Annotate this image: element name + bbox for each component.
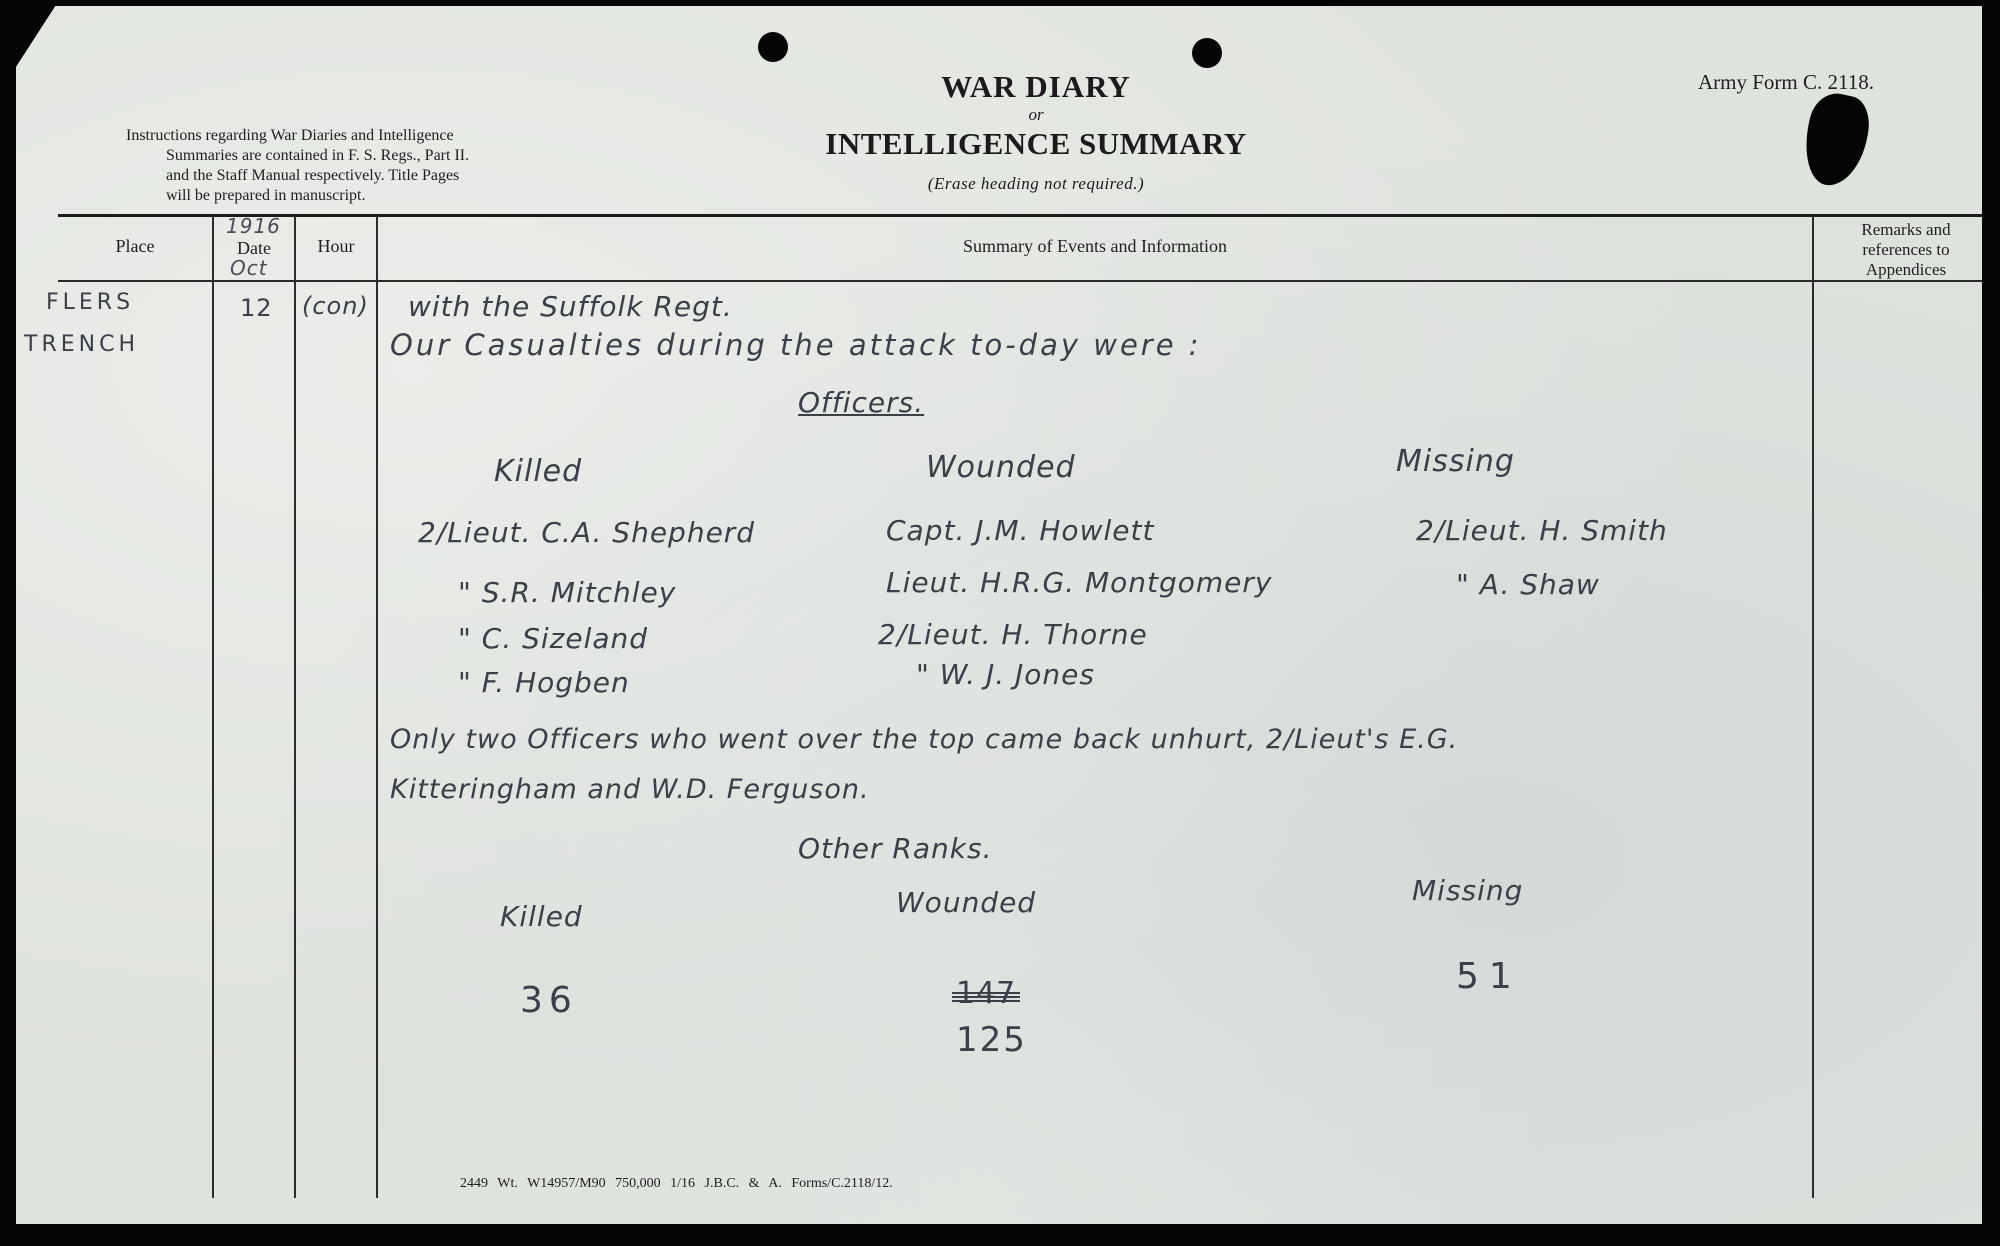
header-hour: Hour [296, 236, 376, 257]
officers-wounded-label: Wounded [926, 450, 1076, 485]
war-diary-sheet: Instructions regarding War Diaries and I… [16, 6, 1982, 1224]
struck-out-value: 147 [956, 976, 1016, 1011]
form-number: Army Form C. 2118. [1698, 70, 1874, 95]
officer-missing: " A. Shaw [1456, 568, 1600, 601]
column-divider-hour [376, 216, 378, 1198]
officers-missing-label: Missing [1396, 444, 1515, 479]
officer-missing: 2/Lieut. H. Smith [1416, 514, 1668, 547]
other-ranks-killed-label: Killed [500, 900, 583, 933]
punch-hole-left [758, 32, 788, 62]
officer-killed: 2/Lieut. C.A. Shepherd [418, 516, 755, 549]
instructions-line: and the Staff Manual respectively. Title… [126, 166, 576, 186]
officer-wounded: " W. J. Jones [916, 658, 1095, 691]
officer-wounded: 2/Lieut. H. Thorne [878, 618, 1148, 651]
entry-hour: (con) [302, 292, 369, 320]
paper-edge-tear [1984, 836, 1998, 876]
other-ranks-missing-count: 51 [1456, 956, 1522, 997]
summary-note-line-2: Kitteringham and W.D. Ferguson. [390, 774, 870, 805]
officer-killed: " C. Sizeland [458, 622, 648, 655]
entry-place-line1: FLERS [46, 290, 134, 315]
punch-hole-right [1192, 38, 1222, 68]
other-ranks-wounded-count: 125 [956, 1020, 1027, 1060]
column-divider-summary [1812, 216, 1814, 1198]
other-ranks-killed-count: 36 [520, 980, 578, 1021]
entry-date: 12 [240, 294, 273, 322]
header-summary: Summary of Events and Information [378, 236, 1812, 257]
title-war-diary: WAR DIARY [766, 68, 1306, 106]
officer-wounded: Capt. J.M. Howlett [886, 514, 1154, 547]
other-ranks-wounded-label: Wounded [896, 886, 1036, 919]
header-date-year: 1916 [226, 214, 281, 238]
summary-line-1: with the Suffolk Regt. [408, 290, 733, 323]
officers-heading: Officers. [798, 386, 924, 419]
instructions-text: Instructions regarding War Diaries and I… [126, 126, 576, 206]
entry-place-line2: TRENCH [24, 332, 139, 357]
column-divider-date [294, 216, 296, 1198]
officers-killed-label: Killed [494, 454, 582, 489]
header-remarks: Remarks and references to Appendices [1832, 220, 1980, 280]
printer-imprint: 2449 Wt. W14957/M90 750,000 1/16 J.B.C. … [460, 1176, 893, 1192]
paper-tear [1797, 89, 1875, 191]
summary-note-line-1: Only two Officers who went over the top … [390, 724, 1458, 755]
officer-killed: " S.R. Mitchley [458, 576, 676, 609]
other-ranks-missing-label: Missing [1412, 874, 1523, 907]
instructions-line: will be prepared in manuscript. [126, 186, 576, 206]
title-note: (Erase heading not required.) [766, 174, 1306, 194]
officer-killed: " F. Hogben [458, 666, 630, 699]
summary-line-2: Our Casualties during the attack to-day … [390, 328, 1202, 362]
title-block: WAR DIARY or INTELLIGENCE SUMMARY (Erase… [766, 68, 1306, 194]
table-top-rule [58, 214, 1992, 217]
other-ranks-heading: Other Ranks. [798, 832, 992, 865]
instructions-line: Summaries are contained in F. S. Regs., … [126, 146, 576, 166]
header-date-month: Oct [230, 256, 268, 280]
header-bottom-rule [58, 280, 1992, 282]
title-or: or [766, 106, 1306, 124]
header-place: Place [58, 236, 212, 257]
other-ranks-wounded-struck: 147 [956, 976, 1016, 1011]
officer-wounded: Lieut. H.R.G. Montgomery [886, 566, 1272, 599]
title-intelligence-summary: INTELLIGENCE SUMMARY [766, 124, 1306, 164]
instructions-line: Instructions regarding War Diaries and I… [126, 126, 576, 146]
column-divider-place [212, 216, 214, 1198]
